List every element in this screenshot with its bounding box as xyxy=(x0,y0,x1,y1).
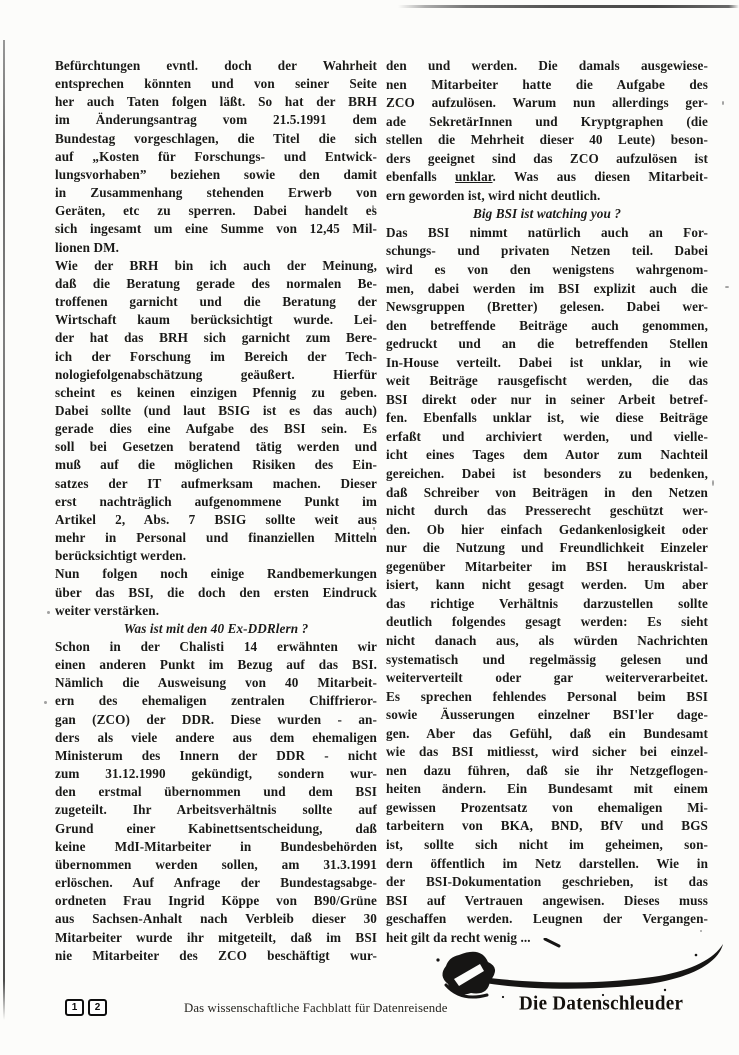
text-line: berücksichtigt werden. xyxy=(55,547,377,565)
text-line: daß die Beratung gerade des normalen Be- xyxy=(55,275,377,293)
text-line: scheint es keinen einzigen Pfennig zu ge… xyxy=(55,384,377,402)
text-line: Nämlich die Ausweisung von 40 Mitarbeit- xyxy=(55,674,377,692)
text-line: geschaffen werden. Leugnen der Vergangen… xyxy=(386,910,708,929)
text-line: gedruckt und an die betreffenden Stellen xyxy=(386,335,708,354)
text-line: In-House verteilt. Dabei ist unklar, in … xyxy=(386,354,708,373)
text-line: ebenfalls unklar. Was aus diesen Mitarbe… xyxy=(386,168,708,187)
text-line: stellen die Mehrheit dieser 40 Leute) be… xyxy=(386,131,708,150)
text-line: erlöschen. Auf Anfrage der Bundestagsabg… xyxy=(55,874,377,892)
page-number-badge: 1 xyxy=(65,999,84,1016)
text-line: deutlich folgendes gesagt werden: Es sie… xyxy=(386,613,708,632)
text-line: auf „Kosten für Forschungs- und Entwick- xyxy=(55,148,377,166)
text-line: lungsvorhaben” beziehen sowie den damit xyxy=(55,166,377,184)
text-line: der hat das BRH sich garnicht zum Bere- xyxy=(55,329,377,347)
text-line: daß Schreiber von Beiträgen in den Netze… xyxy=(386,484,708,503)
text-line: nologiefolgenabschätzung geäußert. Hierf… xyxy=(55,366,377,384)
text-line: Es sprechen fehlendes Personal beim BSI xyxy=(386,688,708,707)
text-line: Newsgruppen (Bretter) gelesen. Dabei wer… xyxy=(386,298,708,317)
text-line: nicht danach aus, als würden Nachrichten xyxy=(386,632,708,651)
paragraph: Schon in der Chalisti 14 erwähnten wirei… xyxy=(55,638,377,965)
text-line: gerade dies eine Aufgabe des BSI sein. E… xyxy=(55,420,377,438)
text-line: wie das BSI mitliesst, wird sicher bei e… xyxy=(386,743,708,762)
paragraph: den und werden. Die damals ausgewiese-ne… xyxy=(386,57,708,205)
text-line: Dabei sollte (und laut BSIG ist es das a… xyxy=(55,402,377,420)
text-line: fen. Ebenfalls unklar ist, wie diese Bei… xyxy=(386,409,708,428)
text-line: im Änderungsantrag vom 21.5.1991 dem xyxy=(55,111,377,129)
text-line: einen anderen Punkt im Bezug auf das BSI… xyxy=(55,656,377,674)
text-line: Befürchtungen evntl. doch der Wahrheit xyxy=(55,57,377,75)
scanned-page: Befürchtungen evntl. doch der Wahrheiten… xyxy=(0,0,739,1055)
text-line: den und werden. Die damals ausgewiese- xyxy=(386,57,708,76)
text-line: aus Sachsen-Anhalt nach Verbleib dieser … xyxy=(55,910,377,928)
text-line: Wirtschaft kaum berücksichtigt wurde. Le… xyxy=(55,311,377,329)
text-line: sich ingesamt um eine Summe von 12,45 Mi… xyxy=(55,220,377,238)
text-line: weiterverteilt oder gar weiterverarbeite… xyxy=(386,669,708,688)
text-line: ist, sollte sich nicht im geheimen, son- xyxy=(386,836,708,855)
text-line: Das BSI nimmt natürlich auch an For- xyxy=(386,224,708,243)
text-line: der BSI-Dokumentation geschrieben, ist d… xyxy=(386,873,708,892)
text-line: soll bei Gesetzen beratend tätig werden … xyxy=(55,438,377,456)
text-line: BSI direkt oder nur in seiner Arbeit bet… xyxy=(386,391,708,410)
text-line: gen. Aber das Gefühl, daß ein Bundesamt xyxy=(386,725,708,744)
text-line: über das BSI, die doch den ersten Eindru… xyxy=(55,584,377,602)
page-number-badge: 2 xyxy=(88,999,107,1016)
text-line: Wie der BRH bin ich auch der Meinung, xyxy=(55,257,377,275)
text-line: dern öffentlich im Netz darstellen. Wie … xyxy=(386,855,708,874)
text-line: heiten ändern. Ein Bundesamt mit einem xyxy=(386,780,708,799)
text-line: übernommen werden sollen, am 31.3.1991 xyxy=(55,856,377,874)
scan-speck xyxy=(712,480,714,486)
text-line: tarbeitern von BKA, BND, BfV und BGS xyxy=(386,817,708,836)
text-line: ZCO aufzulösen. Warum nun allerdings ger… xyxy=(386,94,708,113)
text-line: den. Ob hier einfach Gedankenlosigkeit o… xyxy=(386,521,708,540)
text-line: ern geworden ist, wird nicht deutlich. xyxy=(386,187,708,206)
text-line: sowie Äusserungen einzelner BSI'ler dage… xyxy=(386,706,708,725)
paragraph: Das BSI nimmt natürlich auch an For-schu… xyxy=(386,224,708,947)
text-line: icht eines Tages dem Autor zum Nachteil xyxy=(386,446,708,465)
scan-edge-artifact-top xyxy=(398,5,739,8)
scan-edge-artifact-left xyxy=(3,40,5,1020)
page-footer: 1 2 Das wissenschaftliche Fachblatt für … xyxy=(0,992,739,1032)
scan-speck xyxy=(725,286,729,288)
text-line: nicht durch das Presserecht geschützt we… xyxy=(386,502,708,521)
text-line: nen Mitarbeiter hatte die Aufgabe des xyxy=(386,76,708,95)
text-line: Geräten, etc zu sperren. Dabei handelt e… xyxy=(55,202,377,220)
text-line: Ministerum des Innern der DDR - nicht xyxy=(55,747,377,765)
text-line: Artikel 2, Abs. 7 BSIG sollte weit aus xyxy=(55,511,377,529)
text-line: Bundestag vorgeschlagen, die Titel die s… xyxy=(55,130,377,148)
text-line: in Zusammenhang stehenden Erwerb von xyxy=(55,184,377,202)
text-line: BSI auf Vertrauen angewisen. Dieses muss xyxy=(386,892,708,911)
text-line: Grund einer Kabinettsentscheidung, daß xyxy=(55,820,377,838)
text-line: weiter verstärken. xyxy=(55,602,377,620)
text-line: mehr in Personal und finanziellen Mittel… xyxy=(55,529,377,547)
text-line: schungs- und privaten Netzen teil. Dabei xyxy=(386,242,708,261)
text-line: muß auf die möglichen Risiken des Ein- xyxy=(55,456,377,474)
text-line: nie Mitarbeiter des ZCO beschäftigt wur- xyxy=(55,947,377,965)
text-line: systematisch und regelmässig gelesen und xyxy=(386,651,708,670)
paragraph: Wie der BRH bin ich auch der Meinung,daß… xyxy=(55,257,377,566)
text-line: ern des ehemaligen zentralen Chiffrieror… xyxy=(55,692,377,710)
text-line: troffenen garnicht und die Beratung der xyxy=(55,293,377,311)
text-line: wird es von den wenigstens wahrgenom- xyxy=(386,261,708,280)
text-line: Was ist mit den 40 Ex-DDRlern ? xyxy=(55,620,377,638)
text-line: lionen DM. xyxy=(55,239,377,257)
text-line: den betreffende Beiträge auch genommen, xyxy=(386,317,708,336)
scan-speck xyxy=(44,701,47,704)
text-line: das richtige Verhältnis darzustellen sol… xyxy=(386,595,708,614)
text-line: Big BSI ist watching you ? xyxy=(386,205,708,224)
text-line: zum 31.12.1990 gekündigt, sondern wur- xyxy=(55,765,377,783)
text-line: erfaßt und archiviert werden, und vielle… xyxy=(386,428,708,447)
text-line: ich der Forschung im Bereich der Tech- xyxy=(55,348,377,366)
paragraph: Befürchtungen evntl. doch der Wahrheiten… xyxy=(55,57,377,257)
text-line: gegenüber Mitarbeiter im BSI herauskrist… xyxy=(386,558,708,577)
text-line: ders als viele andere aus dem ehemaligen xyxy=(55,729,377,747)
text-line: Nun folgen noch einige Randbemerkungen xyxy=(55,565,377,583)
column-right: den und werden. Die damals ausgewiese-ne… xyxy=(386,57,708,947)
column-left: Befürchtungen evntl. doch der Wahrheiten… xyxy=(55,57,377,965)
page-number-badges: 1 2 xyxy=(65,999,107,1016)
text-line: zugeteilt. Ihr Arbeitsverhältnis sollte … xyxy=(55,801,377,819)
masthead-title: Die Datenschleuder xyxy=(519,992,683,1015)
text-line: keine MdI-Mitarbeiter in Bundesbehörden xyxy=(55,838,377,856)
section-heading: Was ist mit den 40 Ex-DDRlern ? xyxy=(55,620,377,638)
text-line: gereichen. Dabei ist besonders zu bedenk… xyxy=(386,465,708,484)
text-line: Mitarbeiter wurde ihr mitgeteilt, daß im… xyxy=(55,929,377,947)
scan-speck xyxy=(47,611,50,614)
text-line: her auch Taten folgen läßt. So hat der B… xyxy=(55,93,377,111)
text-line: men, dabei werden im BSI explizit auch d… xyxy=(386,280,708,299)
text-line: ade SekretärInnen und Kryptgraphen (die xyxy=(386,113,708,132)
text-line: isiert, kann nicht gesagt werden. Um abe… xyxy=(386,576,708,595)
section-heading: Big BSI ist watching you ? xyxy=(386,205,708,224)
footer-tagline: Das wissenschaftliche Fachblatt für Date… xyxy=(184,1001,448,1016)
text-line: den erstmal übernommen und dem BSI xyxy=(55,783,377,801)
paragraph: Nun folgen noch einige Randbemerkungenüb… xyxy=(55,565,377,619)
text-line: Schon in der Chalisti 14 erwähnten wir xyxy=(55,638,377,656)
scan-speck xyxy=(722,101,724,105)
text-line: weit Beiträge rausgefischt werden, die d… xyxy=(386,372,708,391)
text-line: ders geeignet sind das ZCO aufzulösen is… xyxy=(386,150,708,169)
text-line: ordneten Frau Ingrid Köppe von B90/Grüne xyxy=(55,892,377,910)
text-line: gan (ZCO) der DDR. Diese wurden - an- xyxy=(55,711,377,729)
text-line: erst nachträglich aufgenommene Punkt im xyxy=(55,493,377,511)
text-line: nur die Nutzung und Freundlichkeit Einze… xyxy=(386,539,708,558)
text-line: gewissen Prozentsatz von ehemaligen Mi- xyxy=(386,799,708,818)
underlined-text: unklar xyxy=(455,169,493,184)
text-line: nen dazu führen, daß sie ihr Netzgefloge… xyxy=(386,762,708,781)
text-line: satzes der IT aufmerksam machen. Dieser xyxy=(55,475,377,493)
text-line: entsprechen könnten und von seiner Seite xyxy=(55,75,377,93)
